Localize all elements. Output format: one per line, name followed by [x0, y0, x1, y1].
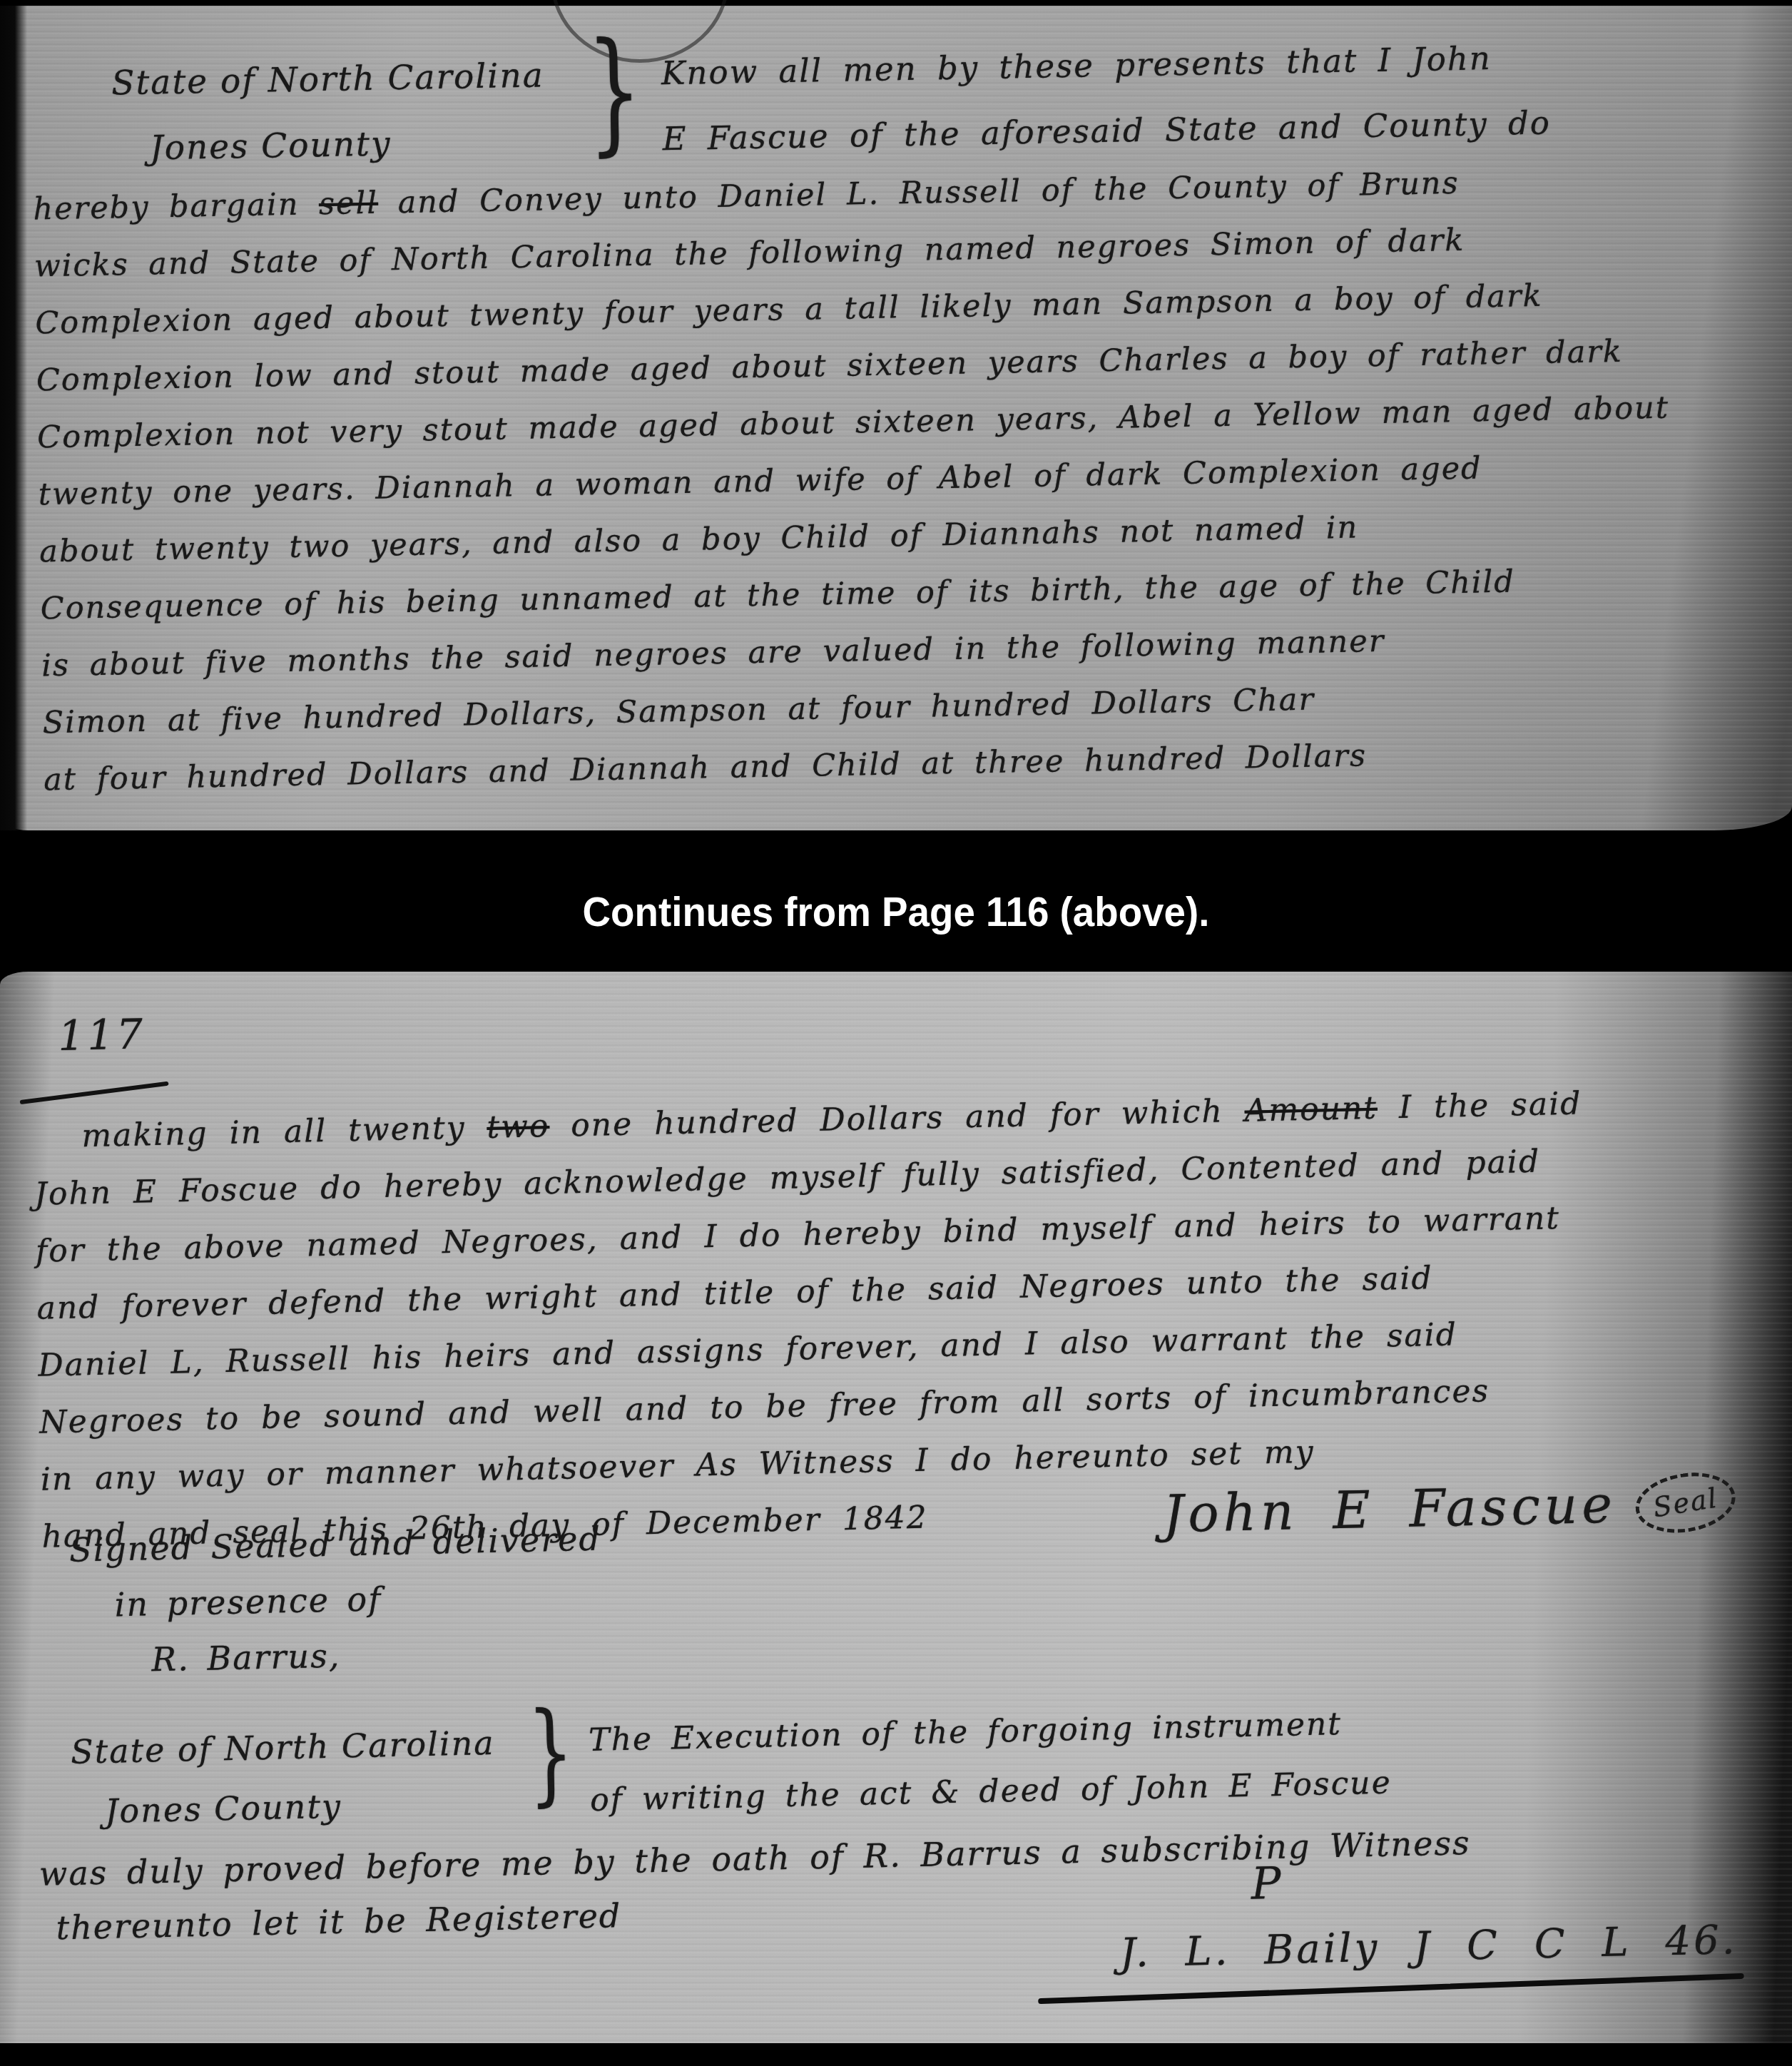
certification-brace: } — [526, 1697, 574, 1808]
struck-word: sell — [319, 185, 379, 223]
bottom-page-content: 117 making in all twenty two one hundred… — [0, 948, 1792, 2058]
scanned-page-bottom: 117 making in all twenty two one hundred… — [0, 972, 1792, 2043]
page-number: 117 — [58, 1009, 146, 1060]
text-segment: and Convey unto Daniel L. Russell of the… — [378, 166, 1460, 221]
text-segment: hereby bargain — [33, 186, 319, 227]
page-number-flourish-stroke — [20, 1082, 169, 1104]
deed-body-text: hereby bargain sell and Convey unto Dani… — [33, 149, 1771, 808]
certification-county-line: Jones County — [104, 1773, 497, 1841]
handwritten-line: R. Barrus, — [151, 1622, 604, 1688]
certification-state-line: State of North Carolina — [70, 1713, 495, 1782]
top-page-content: State of North Carolina Jones County } K… — [0, 0, 1792, 843]
text-segment: I the said — [1377, 1085, 1582, 1126]
certification-header: State of North Carolina Jones County } T… — [70, 1693, 1392, 1841]
seal-stamp: Seal — [1631, 1466, 1740, 1540]
header-left-column: State of North Carolina Jones County — [111, 43, 546, 182]
scanned-page-top: State of North Carolina Jones County } K… — [0, 6, 1792, 830]
header-brace: } — [586, 26, 643, 159]
grantor-signature-row: John E FascueSeal — [1162, 1472, 1736, 1544]
struck-word: Amount — [1244, 1090, 1378, 1129]
header-state-line: State of North Carolina — [111, 43, 544, 116]
certification-left-column: State of North Carolina Jones County — [70, 1713, 497, 1842]
text-segment: making in all twenty — [81, 1109, 487, 1154]
attestation-block: Signed Sealed and deliveredin presence o… — [68, 1511, 604, 1689]
header-county-line: Jones County — [149, 108, 546, 181]
header-right-column: Know all men by these presents that I Jo… — [661, 25, 1552, 173]
grantor-signature: John E Fascue — [1162, 1475, 1617, 1545]
struck-word: two — [487, 1108, 550, 1146]
text-segment: one hundred Dollars and for which — [549, 1093, 1245, 1144]
page-break-caption: Continues from Page 116 (above). — [36, 889, 1756, 936]
signature-underline-rule — [1038, 1973, 1744, 2004]
handwritten-line: Signed Sealed and delivered — [68, 1511, 601, 1578]
certification-right-column: The Execution of the forgoing instrument… — [588, 1693, 1392, 1830]
handwritten-line: in presence of — [114, 1567, 603, 1633]
pen-flourish: P — [1251, 1857, 1281, 1910]
